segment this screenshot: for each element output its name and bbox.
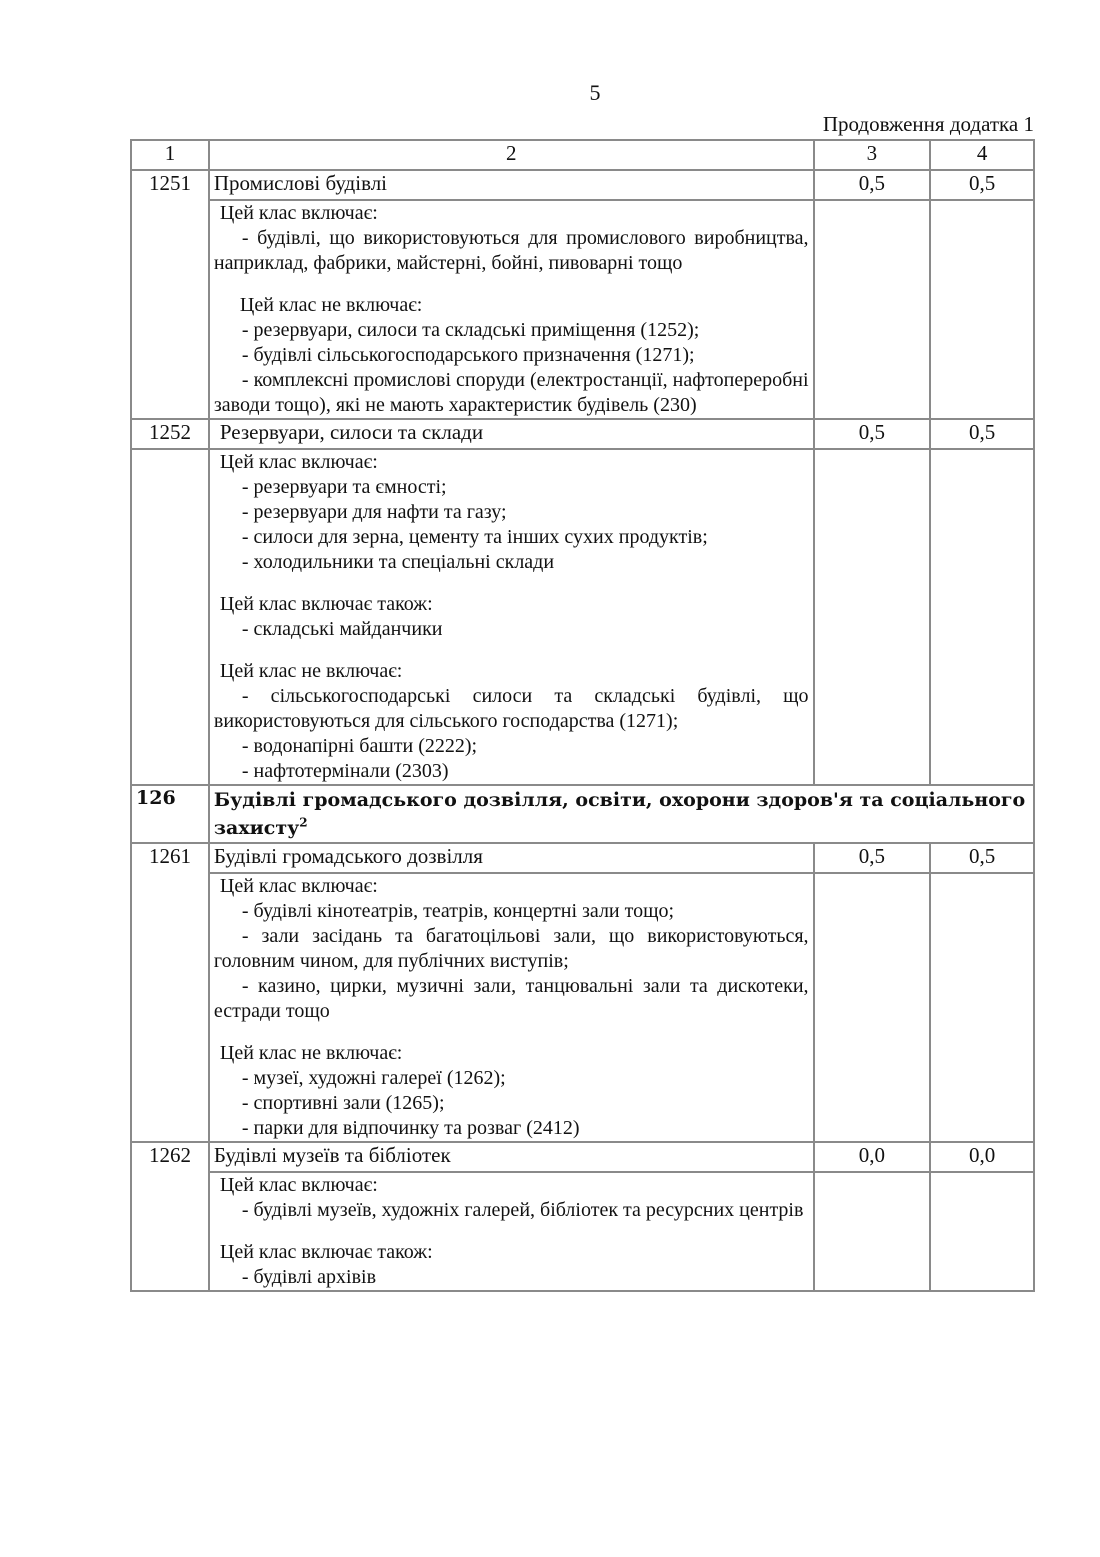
- class-title: Будівлі музеїв та бібліотек: [209, 1142, 814, 1172]
- empty-cell: [930, 1172, 1034, 1291]
- value-col3: 0,5: [814, 170, 931, 200]
- empty-cell: [814, 873, 931, 1142]
- excludes-label: Цей клас не включає:: [214, 1041, 809, 1066]
- empty-cell: [814, 1172, 931, 1291]
- class-description: Цей клас включає: - будівлі музеїв, худо…: [209, 1172, 814, 1291]
- class-code: 1261: [131, 843, 209, 1142]
- list-item: - музеї, художні галереї (1262);: [214, 1066, 809, 1091]
- table-row: Цей клас включає: - будівлі кінотеатрів,…: [131, 873, 1034, 1142]
- class-description: Цей клас включає: - будівлі, що використ…: [209, 200, 814, 419]
- list-item: - нафтотермінали (2303): [214, 759, 809, 784]
- column-header: 1: [131, 140, 209, 170]
- table-row: 1262 Будівлі музеїв та бібліотек 0,0 0,0: [131, 1142, 1034, 1172]
- table-row: 1261 Будівлі громадського дозвілля 0,5 0…: [131, 843, 1034, 873]
- list-item: - водонапірні башти (2222);: [214, 734, 809, 759]
- class-description: Цей клас включає: - резервуари та ємност…: [209, 449, 814, 785]
- continuation-label: Продовження додатка 1: [823, 112, 1034, 137]
- page-number: 5: [0, 80, 1100, 106]
- table-row: Цей клас включає: - резервуари та ємност…: [131, 449, 1034, 785]
- group-title-text: Будівлі громадського дозвілля, освіти, о…: [214, 789, 1025, 839]
- class-code: 1262: [131, 1142, 209, 1291]
- table-row: Цей клас включає: - будівлі музеїв, худо…: [131, 1172, 1034, 1291]
- value-col4: 0,0: [930, 1142, 1034, 1172]
- class-code: 1252: [131, 419, 209, 449]
- list-item: - сільськогосподарські силоси та складсь…: [214, 684, 809, 734]
- list-item: - спортивні зали (1265);: [214, 1091, 809, 1116]
- empty-cell: [131, 449, 209, 785]
- column-header: 4: [930, 140, 1034, 170]
- footnote-marker: 2: [299, 816, 307, 830]
- value-col4: 0,5: [930, 170, 1034, 200]
- includes-label: Цей клас включає:: [214, 450, 809, 475]
- class-title: Будівлі громадського дозвілля: [209, 843, 814, 873]
- includes-label: Цей клас включає:: [214, 201, 809, 226]
- class-code: 1251: [131, 170, 209, 419]
- value-col3: 0,0: [814, 1142, 931, 1172]
- table-row: 1252 Резервуари, силоси та склади 0,5 0,…: [131, 419, 1034, 449]
- also-includes-label: Цей клас включає також:: [214, 1240, 809, 1265]
- class-description: Цей клас включає: - будівлі кінотеатрів,…: [209, 873, 814, 1142]
- list-item: - казино, цирки, музичні зали, танцюваль…: [214, 974, 809, 1024]
- list-item: - резервуари та ємності;: [214, 475, 809, 500]
- group-title: Будівлі громадського дозвілля, освіти, о…: [209, 785, 1034, 843]
- class-title: Резервуари, силоси та склади: [209, 419, 814, 449]
- value-col4: 0,5: [930, 843, 1034, 873]
- value-col3: 0,5: [814, 843, 931, 873]
- excludes-label: Цей клас не включає:: [214, 659, 809, 684]
- list-item: - холодильники та спеціальні склади: [214, 550, 809, 575]
- list-item: - зали засідань та багатоцільові зали, щ…: [214, 924, 809, 974]
- list-item: - парки для відпочинку та розваг (2412): [214, 1116, 809, 1141]
- list-item: - резервуари для нафти та газу;: [214, 500, 809, 525]
- classification-table: 1 2 3 4 1251 Промислові будівлі 0,5 0,5 …: [130, 139, 1035, 1292]
- empty-cell: [930, 200, 1034, 419]
- value-col4: 0,5: [930, 419, 1034, 449]
- value-col3: 0,5: [814, 419, 931, 449]
- empty-cell: [814, 449, 931, 785]
- list-item: - комплексні промислові споруди (електро…: [214, 368, 809, 418]
- empty-cell: [930, 449, 1034, 785]
- column-header: 3: [814, 140, 931, 170]
- empty-cell: [814, 200, 931, 419]
- group-code: 126: [131, 785, 209, 843]
- list-item: - будівлі сільськогосподарського признач…: [214, 343, 809, 368]
- excludes-label: Цей клас не включає:: [214, 293, 809, 318]
- list-item: - будівлі архівів: [214, 1265, 809, 1290]
- table-row: Цей клас включає: - будівлі, що використ…: [131, 200, 1034, 419]
- table-row: 1251 Промислові будівлі 0,5 0,5: [131, 170, 1034, 200]
- list-item: - резервуари, силоси та складські приміщ…: [214, 318, 809, 343]
- class-title: Промислові будівлі: [209, 170, 814, 200]
- includes-label: Цей клас включає:: [214, 874, 809, 899]
- list-item: - будівлі кінотеатрів, театрів, концертн…: [214, 899, 809, 924]
- empty-cell: [930, 873, 1034, 1142]
- group-row: 126 Будівлі громадського дозвілля, освіт…: [131, 785, 1034, 843]
- list-item: - складські майданчики: [214, 617, 809, 642]
- list-item: - будівлі, що використовуються для проми…: [214, 226, 809, 276]
- table-header-row: 1 2 3 4: [131, 140, 1034, 170]
- includes-label: Цей клас включає:: [214, 1173, 809, 1198]
- column-header: 2: [209, 140, 814, 170]
- list-item: - силоси для зерна, цементу та інших сух…: [214, 525, 809, 550]
- list-item: - будівлі музеїв, художніх галерей, бібл…: [214, 1198, 809, 1223]
- also-includes-label: Цей клас включає також:: [214, 592, 809, 617]
